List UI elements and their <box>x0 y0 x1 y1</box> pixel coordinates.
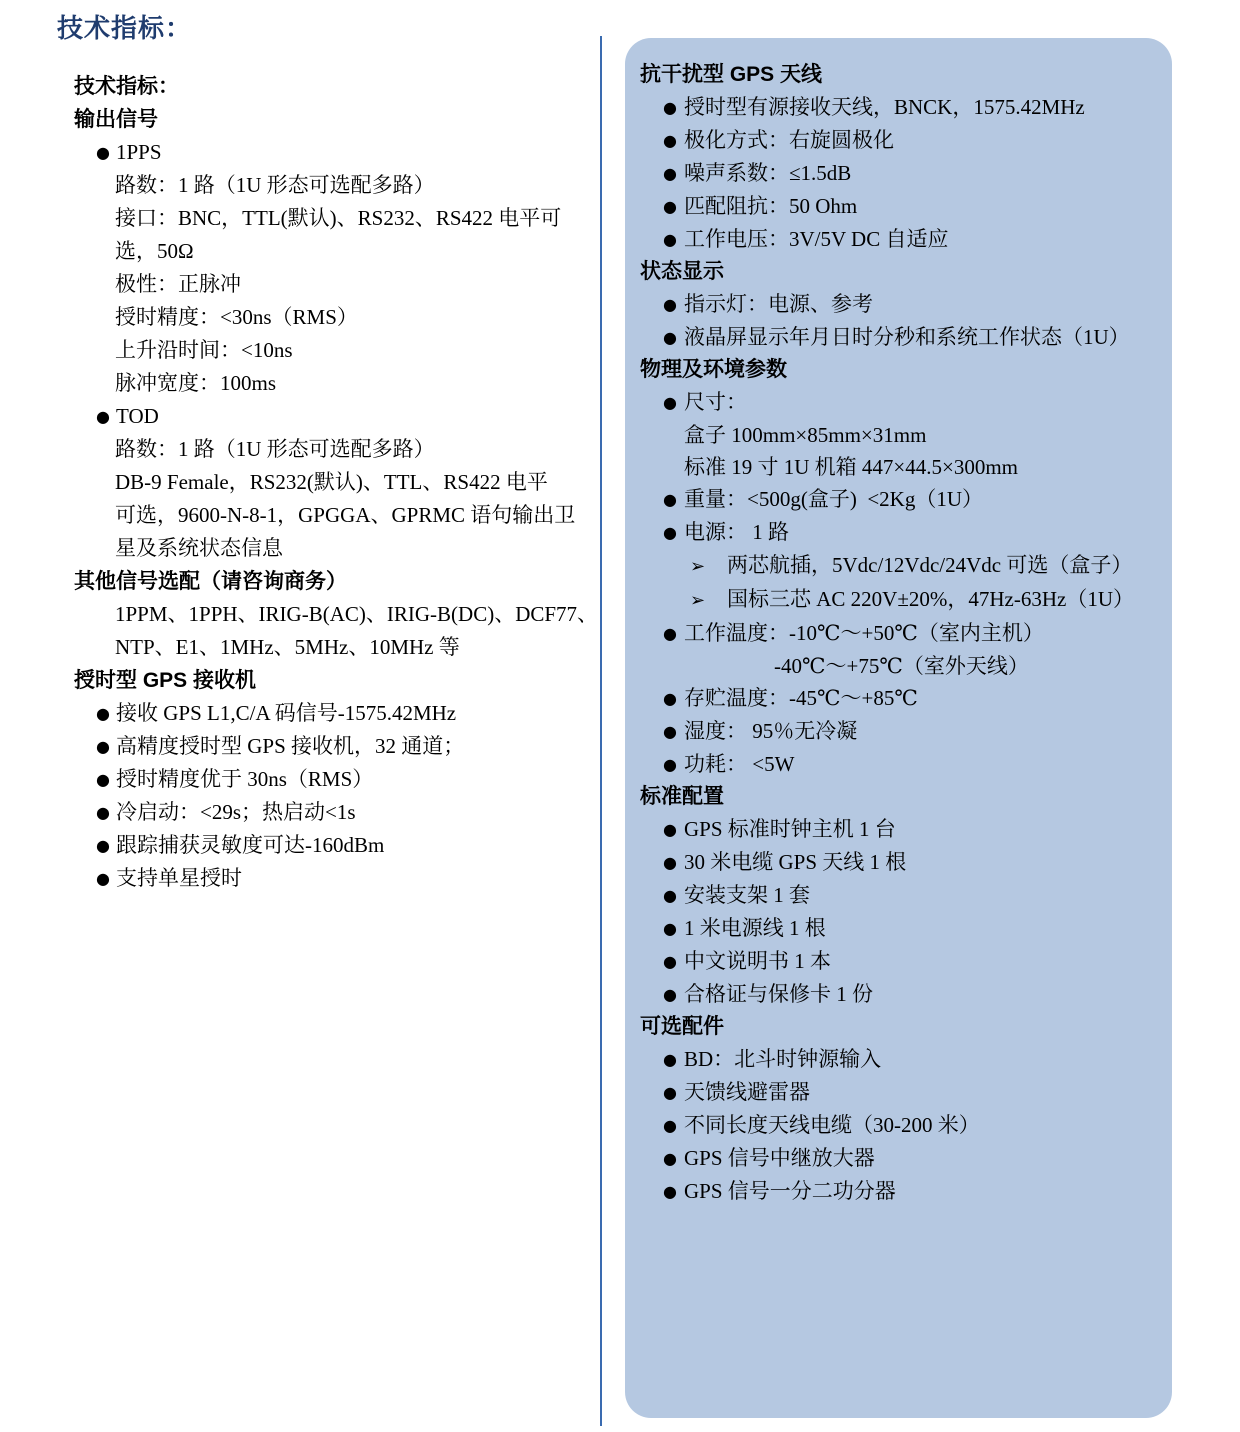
bullet-icon: ● <box>663 1077 684 1109</box>
spec-line: 极性：正脉冲 <box>74 268 599 301</box>
spec-text: 可选，9600-N-8-1，GPGGA、GPRMC 语句输出卫 <box>115 503 575 527</box>
spec-text: 支持单星授时 <box>116 866 242 890</box>
spec-text: 选，50Ω <box>115 239 194 263</box>
spec-line: ●功耗： <5W <box>640 748 1158 781</box>
spec-line: ●冷启动：<29s；热启动<1s <box>74 796 599 829</box>
spec-text: -40℃～+75℃（室外天线） <box>774 654 1029 678</box>
spec-line: ●授时型有源接收天线，BNCK，1575.42MHz <box>640 91 1158 124</box>
spec-line: ●授时精度优于 30ns（RMS） <box>74 763 599 796</box>
spec-text: 湿度： 95％无冷凝 <box>684 719 857 743</box>
section-heading: 输出信号 <box>74 103 599 136</box>
spec-text: BD：北斗时钟源输入 <box>684 1047 881 1071</box>
bullet-icon: ● <box>663 191 684 223</box>
spec-text: 状态显示 <box>640 260 724 283</box>
section-heading: 其他信号选配（请咨询商务） <box>74 565 599 598</box>
bullet-icon: ● <box>663 716 684 748</box>
spec-line: ●1PPS <box>74 136 599 169</box>
spec-text: 上升沿时间：<10ns <box>115 338 293 362</box>
spec-text: 电源： 1 路 <box>684 520 789 544</box>
spec-line: NTP、E1、1MHz、5MHz、10MHz 等 <box>74 631 599 664</box>
section-heading: 标准配置 <box>640 781 1158 813</box>
bullet-icon: ● <box>663 814 684 846</box>
spec-text: 工作电压：3V/5V DC 自适应 <box>684 227 948 251</box>
spec-line: ●安装支架 1 套 <box>640 879 1158 912</box>
section-heading: 状态显示 <box>640 256 1158 288</box>
spec-text: 输出信号 <box>74 108 158 131</box>
spec-text: 匹配阻抗：50 Ohm <box>684 194 857 218</box>
spec-text: DB-9 Female，RS232(默认)、TTL、RS422 电平 <box>115 470 548 494</box>
spec-text: 可选配件 <box>640 1015 724 1038</box>
spec-line: 星及系统状态信息 <box>74 532 599 565</box>
spec-line: ●GPS 标准时钟主机 1 台 <box>640 813 1158 846</box>
spec-line: 脉冲宽度：100ms <box>74 367 599 400</box>
spec-text: TOD <box>116 404 159 428</box>
spec-text: 抗干扰型 GPS 天线 <box>640 63 822 86</box>
section-heading: 授时型 GPS 接收机 <box>74 664 599 697</box>
bullet-icon: ● <box>96 136 116 169</box>
spec-text: 冷启动：<29s；热启动<1s <box>116 800 356 824</box>
bullet-icon: ● <box>663 913 684 945</box>
bullet-icon: ● <box>96 829 116 862</box>
spec-text: 授时精度：<30ns（RMS） <box>115 305 358 329</box>
bullet-icon: ● <box>663 158 684 190</box>
spec-line: ●GPS 信号中继放大器 <box>640 1142 1158 1175</box>
spec-text: 国标三芯 AC 220V±20%，47Hz-63Hz（1U） <box>727 587 1134 611</box>
spec-line: ●工作温度：-10℃～+50℃（室内主机） <box>640 617 1158 650</box>
spec-line: ●匹配阻抗：50 Ohm <box>640 190 1158 223</box>
spec-text: 1 米电源线 1 根 <box>684 916 826 940</box>
spec-text: NTP、E1、1MHz、5MHz、10MHz 等 <box>115 635 460 659</box>
spec-text: 路数：1 路（1U 形态可选配多路） <box>115 437 435 461</box>
arrow-bullet-icon: ➢ <box>690 551 727 583</box>
spec-text: 其他信号选配（请咨询商务） <box>74 570 347 593</box>
spec-text: 接收 GPS L1,C/A 码信号-1575.42MHz <box>116 701 456 725</box>
spec-line: 1PPM、1PPH、IRIG-B(AC)、IRIG-B(DC)、DCF77、 <box>74 598 599 631</box>
spec-line: 标准 19 寸 1U 机箱 447×44.5×300mm <box>640 451 1158 483</box>
right-spec-panel: 抗干扰型 GPS 天线●授时型有源接收天线，BNCK，1575.42MHz●极化… <box>625 38 1172 1418</box>
spec-text: GPS 标准时钟主机 1 台 <box>684 817 896 841</box>
section-heading: 物理及环境参数 <box>640 354 1158 386</box>
bullet-icon: ● <box>663 289 684 321</box>
spec-text: 接口：BNC，TTL(默认)、RS232、RS422 电平可 <box>115 206 561 230</box>
bullet-icon: ● <box>96 697 116 730</box>
spec-line: -40℃～+75℃（室外天线） <box>640 650 1158 682</box>
spec-text: 盒子 100mm×85mm×31mm <box>684 423 926 447</box>
spec-line: 可选，9600-N-8-1，GPGGA、GPRMC 语句输出卫 <box>74 499 599 532</box>
bullet-icon: ● <box>663 1176 684 1208</box>
spec-line: ●合格证与保修卡 1 份 <box>640 978 1158 1011</box>
spec-text: 授时精度优于 30ns（RMS） <box>116 767 373 791</box>
bullet-icon: ● <box>663 387 684 419</box>
bullet-icon: ● <box>663 618 684 650</box>
spec-text: 不同长度天线电缆（30-200 米） <box>684 1113 980 1137</box>
spec-line: 选，50Ω <box>74 235 599 268</box>
spec-line: ➢两芯航插，5Vdc/12Vdc/24Vdc 可选（盒子） <box>640 549 1158 583</box>
column-divider <box>600 36 602 1426</box>
spec-line: 授时精度：<30ns（RMS） <box>74 301 599 334</box>
spec-line: ●中文说明书 1 本 <box>640 945 1158 978</box>
spec-text: GPS 信号一分二功分器 <box>684 1179 896 1203</box>
arrow-bullet-icon: ➢ <box>690 585 727 617</box>
spec-line: 上升沿时间：<10ns <box>74 334 599 367</box>
spec-text: 标准 19 寸 1U 机箱 447×44.5×300mm <box>684 455 1018 479</box>
spec-text: 极化方式：右旋圆极化 <box>684 128 894 152</box>
bullet-icon: ● <box>96 796 116 829</box>
bullet-icon: ● <box>663 979 684 1011</box>
spec-line: ●噪声系数：≤1.5dB <box>640 157 1158 190</box>
bullet-icon: ● <box>663 946 684 978</box>
spec-text: 技术指标： <box>74 75 179 98</box>
spec-text: 1PPM、1PPH、IRIG-B(AC)、IRIG-B(DC)、DCF77、 <box>115 602 598 626</box>
bullet-icon: ● <box>663 92 684 124</box>
spec-line: ●30 米电缆 GPS 天线 1 根 <box>640 846 1158 879</box>
section-heading: 技术指标： <box>74 70 599 103</box>
spec-text: 安装支架 1 套 <box>684 883 810 907</box>
spec-line: 路数：1 路（1U 形态可选配多路） <box>74 433 599 466</box>
bullet-icon: ● <box>663 322 684 354</box>
spec-text: 合格证与保修卡 1 份 <box>684 982 873 1006</box>
spec-line: ➢国标三芯 AC 220V±20%，47Hz-63Hz（1U） <box>640 583 1158 617</box>
bullet-icon: ● <box>96 400 116 433</box>
spec-line: ●电源： 1 路 <box>640 516 1158 549</box>
spec-line: ●1 米电源线 1 根 <box>640 912 1158 945</box>
spec-line: ●高精度授时型 GPS 接收机，32 通道； <box>74 730 599 763</box>
spec-line: 盒子 100mm×85mm×31mm <box>640 419 1158 451</box>
bullet-icon: ● <box>663 1143 684 1175</box>
spec-text: 标准配置 <box>640 785 724 808</box>
spec-text: 30 米电缆 GPS 天线 1 根 <box>684 850 906 874</box>
spec-text: 中文说明书 1 本 <box>684 949 831 973</box>
spec-line: ●BD：北斗时钟源输入 <box>640 1043 1158 1076</box>
spec-text: 授时型 GPS 接收机 <box>74 669 256 692</box>
bullet-icon: ● <box>663 125 684 157</box>
spec-text: 液晶屏显示年月日时分秒和系统工作状态（1U） <box>684 325 1130 349</box>
spec-line: ●GPS 信号一分二功分器 <box>640 1175 1158 1208</box>
spec-text: 跟踪捕获灵敏度可达-160dBm <box>116 833 384 857</box>
page-title: 技术指标： <box>57 8 192 45</box>
spec-line: DB-9 Female，RS232(默认)、TTL、RS422 电平 <box>74 466 599 499</box>
bullet-icon: ● <box>663 1110 684 1142</box>
spec-line: ●湿度： 95％无冷凝 <box>640 715 1158 748</box>
spec-text: 尺寸： <box>684 390 747 414</box>
bullet-icon: ● <box>663 847 684 879</box>
section-heading: 抗干扰型 GPS 天线 <box>640 59 1158 91</box>
spec-text: 存贮温度：-45℃～+85℃ <box>684 686 918 710</box>
spec-line: ●重量：<500g(盒子) <2Kg（1U） <box>640 483 1158 516</box>
bullet-icon: ● <box>663 484 684 516</box>
spec-line: ●指示灯：电源、参考 <box>640 288 1158 321</box>
bullet-icon: ● <box>663 880 684 912</box>
spec-line: ●工作电压：3V/5V DC 自适应 <box>640 223 1158 256</box>
spec-line: ●天馈线避雷器 <box>640 1076 1158 1109</box>
bullet-icon: ● <box>663 224 684 256</box>
bullet-icon: ● <box>96 730 116 763</box>
left-spec-column: 技术指标：输出信号●1PPS路数：1 路（1U 形态可选配多路）接口：BNC，T… <box>74 70 599 895</box>
spec-text: 指示灯：电源、参考 <box>684 292 873 316</box>
spec-line: ●极化方式：右旋圆极化 <box>640 124 1158 157</box>
bullet-icon: ● <box>663 1044 684 1076</box>
spec-line: 接口：BNC，TTL(默认)、RS232、RS422 电平可 <box>74 202 599 235</box>
bullet-icon: ● <box>663 683 684 715</box>
spec-line: ●支持单星授时 <box>74 862 599 895</box>
spec-line: ●液晶屏显示年月日时分秒和系统工作状态（1U） <box>640 321 1158 354</box>
spec-text: 脉冲宽度：100ms <box>115 371 276 395</box>
spec-text: 工作温度：-10℃～+50℃（室内主机） <box>684 621 1044 645</box>
spec-text: 路数：1 路（1U 形态可选配多路） <box>115 173 435 197</box>
spec-line: 路数：1 路（1U 形态可选配多路） <box>74 169 599 202</box>
spec-line: ●接收 GPS L1,C/A 码信号-1575.42MHz <box>74 697 599 730</box>
spec-text: 授时型有源接收天线，BNCK，1575.42MHz <box>684 95 1085 119</box>
bullet-icon: ● <box>663 517 684 549</box>
spec-line: ●尺寸： <box>640 386 1158 419</box>
spec-text: 重量：<500g(盒子) <2Kg（1U） <box>684 487 983 511</box>
spec-text: 物理及环境参数 <box>640 358 787 381</box>
spec-line: ●不同长度天线电缆（30-200 米） <box>640 1109 1158 1142</box>
spec-line: ●TOD <box>74 400 599 433</box>
bullet-icon: ● <box>663 749 684 781</box>
spec-text: GPS 信号中继放大器 <box>684 1146 875 1170</box>
spec-line: ●跟踪捕获灵敏度可达-160dBm <box>74 829 599 862</box>
spec-text: 功耗： <5W <box>684 752 794 776</box>
spec-text: 天馈线避雷器 <box>684 1080 810 1104</box>
bullet-icon: ● <box>96 862 116 895</box>
spec-text: 高精度授时型 GPS 接收机，32 通道； <box>116 734 464 758</box>
spec-text: 极性：正脉冲 <box>115 272 241 296</box>
section-heading: 可选配件 <box>640 1011 1158 1043</box>
spec-line: ●存贮温度：-45℃～+85℃ <box>640 682 1158 715</box>
spec-text: 两芯航插，5Vdc/12Vdc/24Vdc 可选（盒子） <box>727 553 1132 577</box>
bullet-icon: ● <box>96 763 116 796</box>
spec-text: 噪声系数：≤1.5dB <box>684 161 851 185</box>
spec-text: 1PPS <box>116 140 162 164</box>
spec-text: 星及系统状态信息 <box>115 536 283 560</box>
